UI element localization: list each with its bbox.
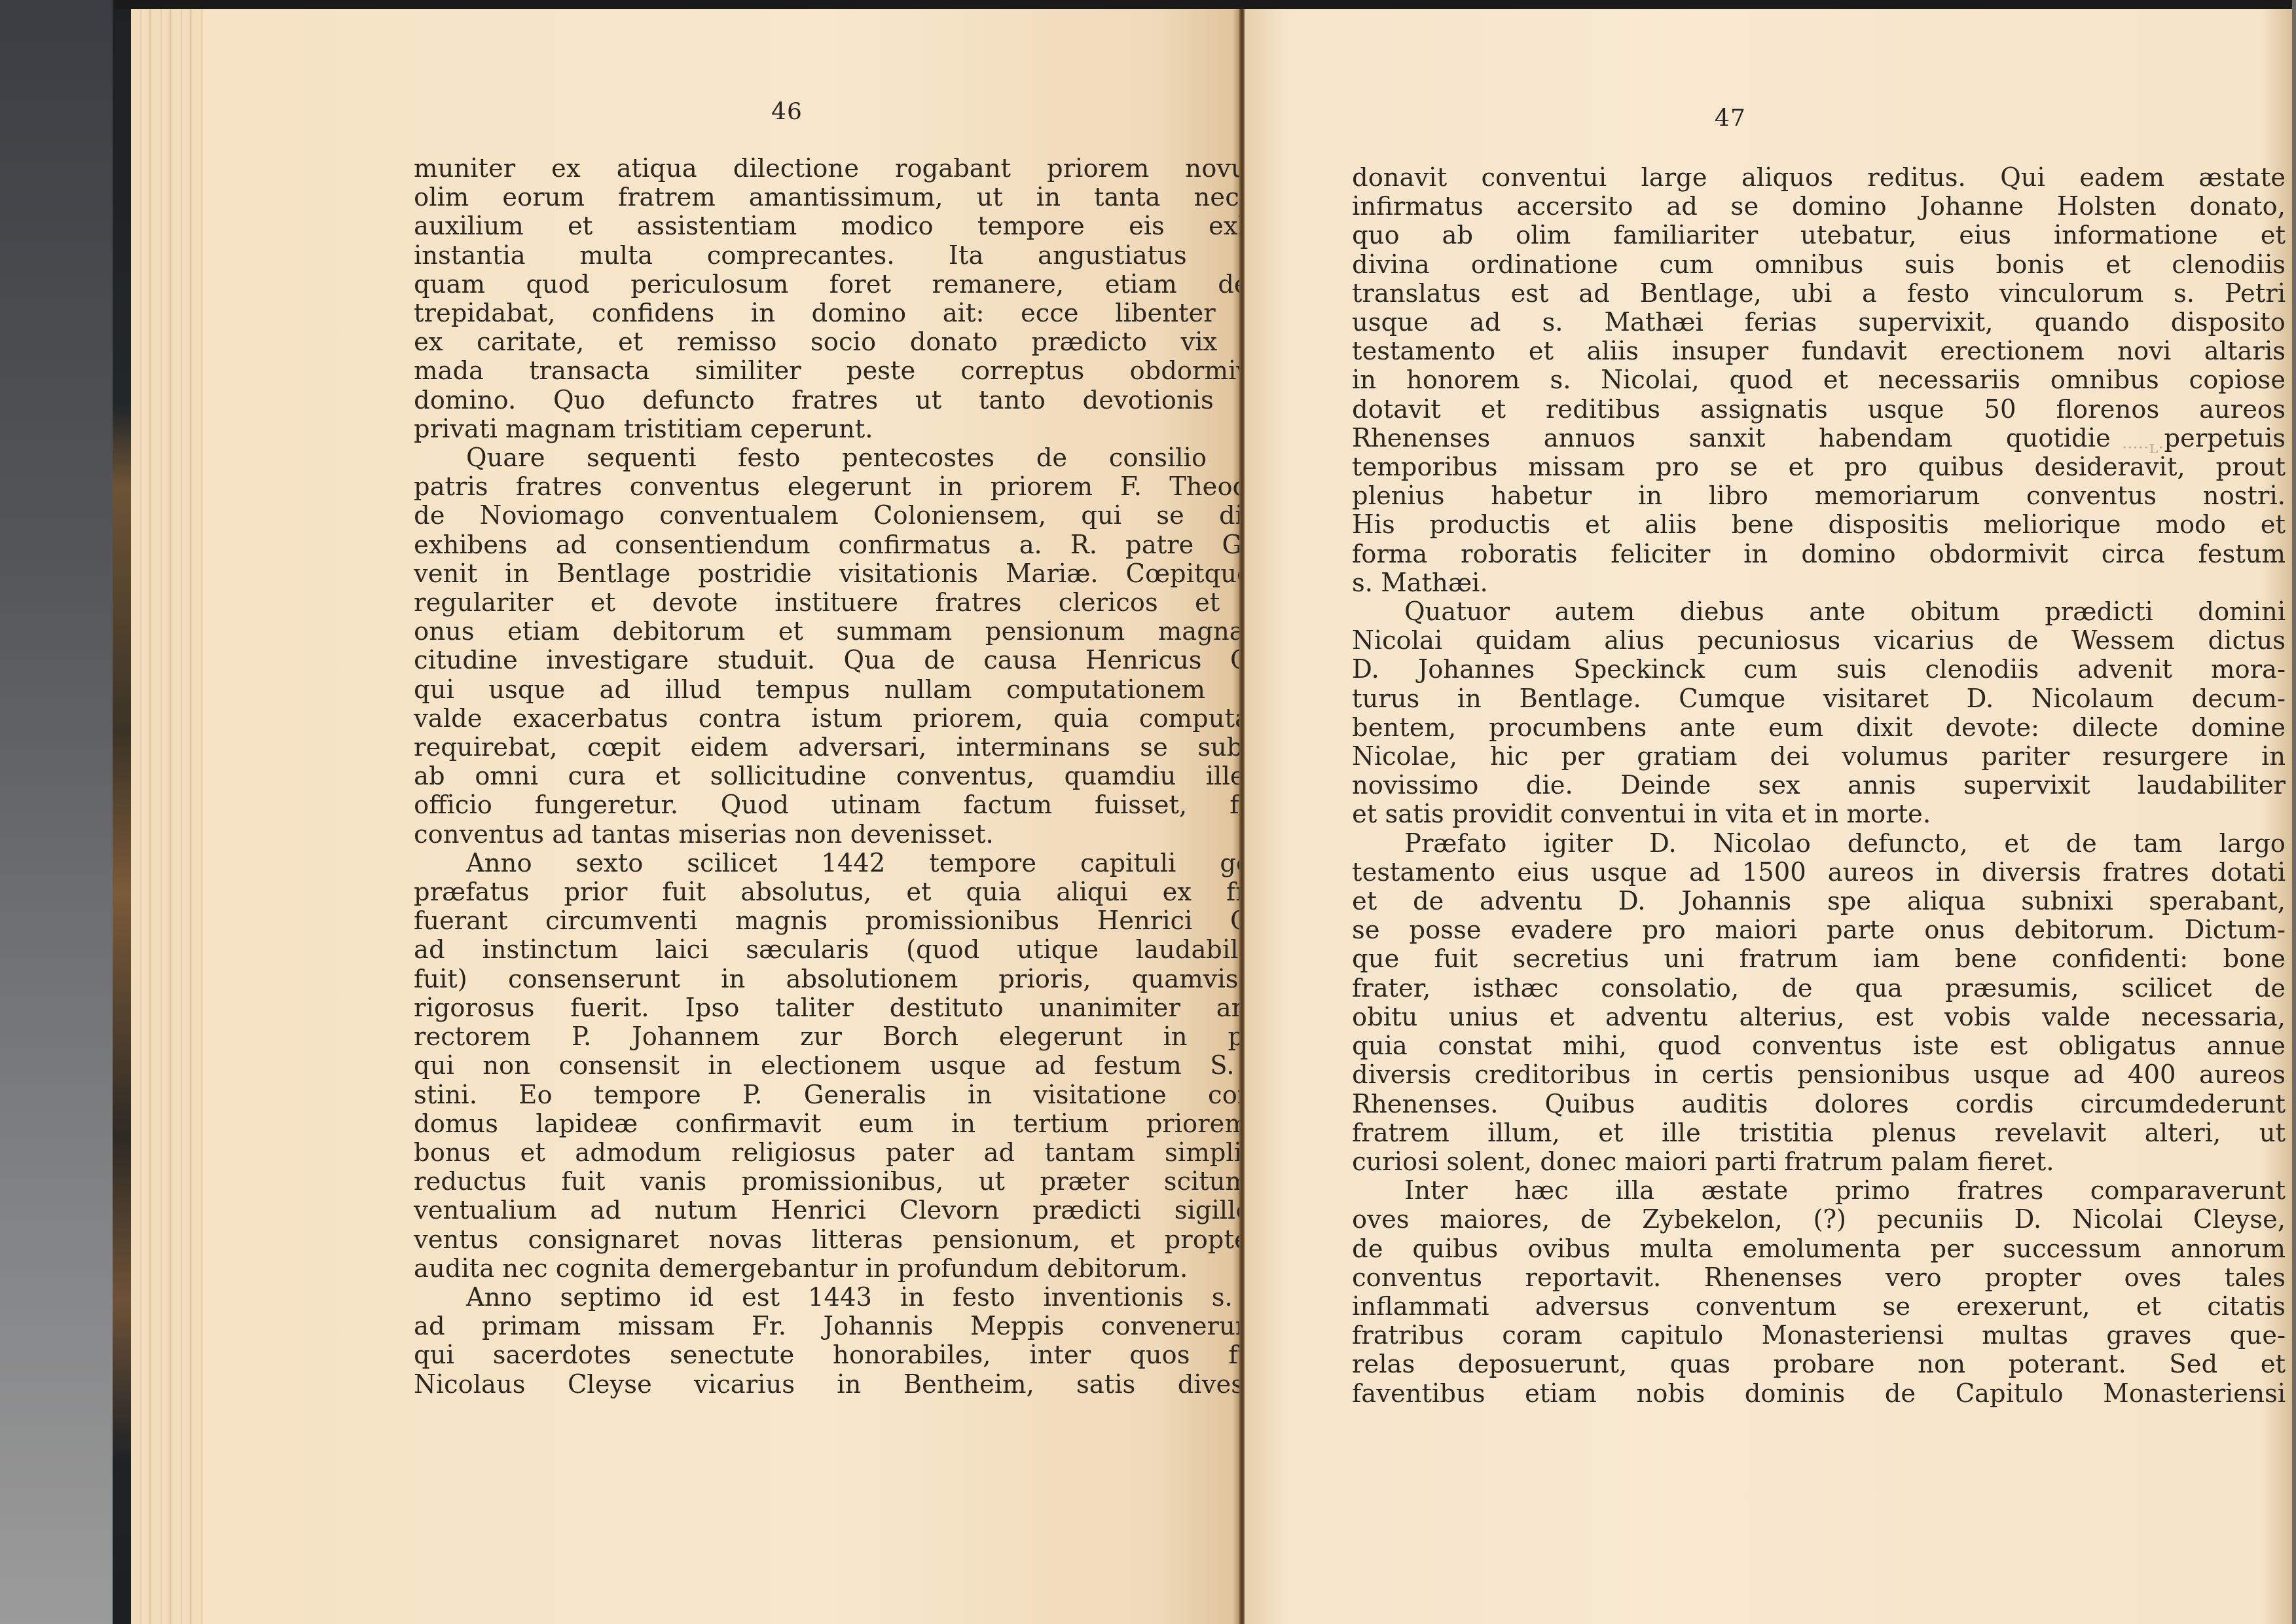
text-line: stini. Eo tempore P. Generalis in visita… [414,1081,1338,1110]
text-line: de Noviomago conventualem Coloniensem, q… [414,502,1338,530]
text-line: que fuit secretius uni fratrum iam bene … [1352,945,2286,974]
text-line: officio fungeretur. Quod utinam factum f… [414,791,1338,820]
text-line: frater, isthæc consolatio, de qua præsum… [1352,974,2286,1003]
text-line: Quatuor autem diebus ante obitum prædict… [1352,598,2286,627]
text-line: Anno septimo id est 1443 in festo invent… [414,1283,1338,1312]
text-line: inflammati adversus conventum se erexeru… [1352,1293,2286,1321]
text-line: qui sacerdotes senectute honorabiles, in… [414,1341,1338,1370]
text-line: D. Johannes Speckinck cum suis clenodiis… [1352,655,2286,684]
right-page-text: donavit conventui large aliquos reditus.… [1352,164,2286,1409]
text-line: Inter hæc illa æstate primo fratres comp… [1352,1177,2286,1206]
scan-right-edge [2292,0,2296,1624]
text-line: ab omni cura et sollicitudine conventus,… [414,762,1338,791]
text-line: instantia multa comprecantes. Ita angust… [414,242,1338,270]
text-line: obitu unius et adventu alterius, est vob… [1352,1003,2286,1032]
text-line: ventus consignaret novas litteras pensio… [414,1226,1338,1255]
left-page-text: muniter ex atiqua dilectione rogabant pr… [414,155,1338,1399]
text-line: fuit) consenserunt in absolutionem prior… [414,965,1338,994]
text-line: domino. Quo defuncto fratres ut tanto de… [414,386,1338,415]
text-line: qui non consensit in electionem usque ad… [414,1052,1338,1080]
text-line: onus etiam debitorum et summam pensionum… [414,618,1338,646]
text-line: ventualium ad nutum Henrici Clevorn præd… [414,1196,1338,1225]
text-line: diversis creditoribus in certis pensioni… [1352,1061,2286,1090]
text-line: Quare sequenti festo pentecostes de cons… [414,444,1338,473]
text-line: quo ab olim familiariter utebatur, eius … [1352,221,2286,250]
text-line: qui usque ad illud tempus nullam computa… [414,676,1338,705]
text-line: ex caritate, et remisso socio donato præ… [414,328,1338,357]
text-line: conventus ad tantas miserias non devenis… [414,821,1338,849]
text-line: His productis et aliis bene dispositis m… [1352,511,2286,540]
text-line: oves maiores, de Zybekelon, (?) pecuniis… [1352,1206,2286,1234]
text-line: mada transacta similiter peste correptus… [414,357,1338,386]
text-line: plenius habetur in libro memoriarum conv… [1352,482,2286,511]
text-line: donavit conventui large aliquos reditus.… [1352,164,2286,193]
right-page: 47 donavit conventui large aliquos redit… [1245,9,2292,1624]
text-line: et de adventu D. Johannis spe aliqua sub… [1352,887,2286,916]
text-line: requirebat, cœpit eidem adversari, inter… [414,733,1338,762]
text-line: forma roboratis feliciter in domino obdo… [1352,540,2286,569]
text-line: quia constat mihi, quod conventus iste e… [1352,1032,2286,1061]
text-line: testamento eius usque ad 1500 aureos in … [1352,858,2286,887]
left-page: 46 muniter ex atiqua dilectione rogabant… [203,9,1243,1624]
text-line: citudine investigare studuit. Qua de cau… [414,646,1338,675]
text-line: relas deposuerunt, quas probare non pote… [1352,1350,2286,1379]
text-line: fuerant circumventi magnis promissionibu… [414,907,1338,936]
scanner-background [0,0,115,1624]
text-line: audita nec cognita demergebantur in prof… [414,1255,1338,1283]
faint-marginal-mark: ·····ʟ· [2122,438,2164,458]
text-line: novissimo die. Deinde sex annis supervix… [1352,771,2286,800]
text-line: faventibus etiam nobis dominis de Capitu… [1352,1380,2286,1409]
text-line: trepidabat, confidens in domino ait: ecc… [414,299,1338,328]
text-line: et satis providit conventui in vita et i… [1352,800,2286,829]
text-line: muniter ex atiqua dilectione rogabant pr… [414,155,1338,183]
text-line: domus lapideæ confirmavit eum in tertium… [414,1110,1338,1139]
text-line: exhibens ad consentiendum confirmatus a.… [414,531,1338,560]
text-line: privati magnam tristitiam ceperunt. [414,415,1338,444]
text-line: infirmatus accersito ad se domino Johann… [1352,193,2286,221]
page-number-left: 46 [771,98,803,125]
text-line: divina ordinatione cum omnibus suis boni… [1352,251,2286,280]
text-line: bentem, procumbens ante eum dixit devote… [1352,714,2286,743]
text-line: Nicolai quidam alius pecuniosus vicarius… [1352,627,2286,655]
text-line: curiosi solent, donec maiori parti fratr… [1352,1148,2286,1177]
text-line: Rhenenses. Quibus auditis dolores cordis… [1352,1090,2286,1119]
text-line: s. Mathæi. [1352,569,2286,598]
text-line: bonus et admodum religiosus pater ad tan… [414,1139,1338,1168]
text-line: Nicolae, hic per gratiam dei volumus par… [1352,743,2286,771]
page-number-right: 47 [1715,105,1746,132]
text-line: turus in Bentlage. Cumque visitaret D. N… [1352,685,2286,714]
text-line: rectorem P. Johannem zur Borch elegerunt… [414,1023,1338,1052]
text-line: venit in Bentlage postridie visitationis… [414,560,1338,589]
text-line: usque ad s. Mathæi ferias supervixit, qu… [1352,308,2286,337]
text-line: Nicolaus Cleyse vicarius in Bentheim, sa… [414,1371,1338,1399]
top-shadow-band [115,0,2296,9]
text-line: ad instinctum laici sæcularis (quod utiq… [414,936,1338,965]
text-line: Præfato igiter D. Nicolao defuncto, et d… [1352,830,2286,858]
text-line: quam quod periculosum foret remanere, et… [414,270,1338,299]
text-line: conventus reportavit. Rhenenses vero pro… [1352,1264,2286,1293]
text-line: fratribus coram capitulo Monasteriensi m… [1352,1321,2286,1350]
text-line: reductus fuit vanis promissionibus, ut p… [414,1168,1338,1196]
text-line: regulariter et devote instituere fratres… [414,589,1338,618]
book-cover-edge [113,0,132,1624]
text-line: testamento et aliis insuper fundavit ere… [1352,337,2286,366]
text-line: rigorosus fuerit. Ipso taliter destituto… [414,994,1338,1023]
text-line: ad primam missam Fr. Johannis Meppis con… [414,1312,1338,1341]
page-stack-edges [131,9,203,1624]
text-line: olim eorum fratrem amantissimum, ut in t… [414,183,1338,212]
text-line: dotavit et reditibus assignatis usque 50… [1352,396,2286,424]
text-line: in honorem s. Nicolai, quod et necessari… [1352,366,2286,395]
book-spine-gutter [1239,9,1245,1624]
text-line: Anno sexto scilicet 1442 tempore capitul… [414,849,1338,878]
text-line: de quibus ovibus multa emolumenta per su… [1352,1235,2286,1264]
text-line: valde exacerbatus contra istum priorem, … [414,705,1338,733]
text-line: translatus est ad Bentlage, ubi a festo … [1352,280,2286,308]
text-line: præfatus prior fuit absolutus, et quia a… [414,878,1338,907]
text-line: se posse evadere pro maiori parte onus d… [1352,916,2286,945]
text-line: patris fratres conventus elegerunt in pr… [414,473,1338,502]
text-line: auxilium et assistentiam modico tempore … [414,212,1338,241]
text-line: fratrem illum, et ille tristitia plenus … [1352,1119,2286,1148]
